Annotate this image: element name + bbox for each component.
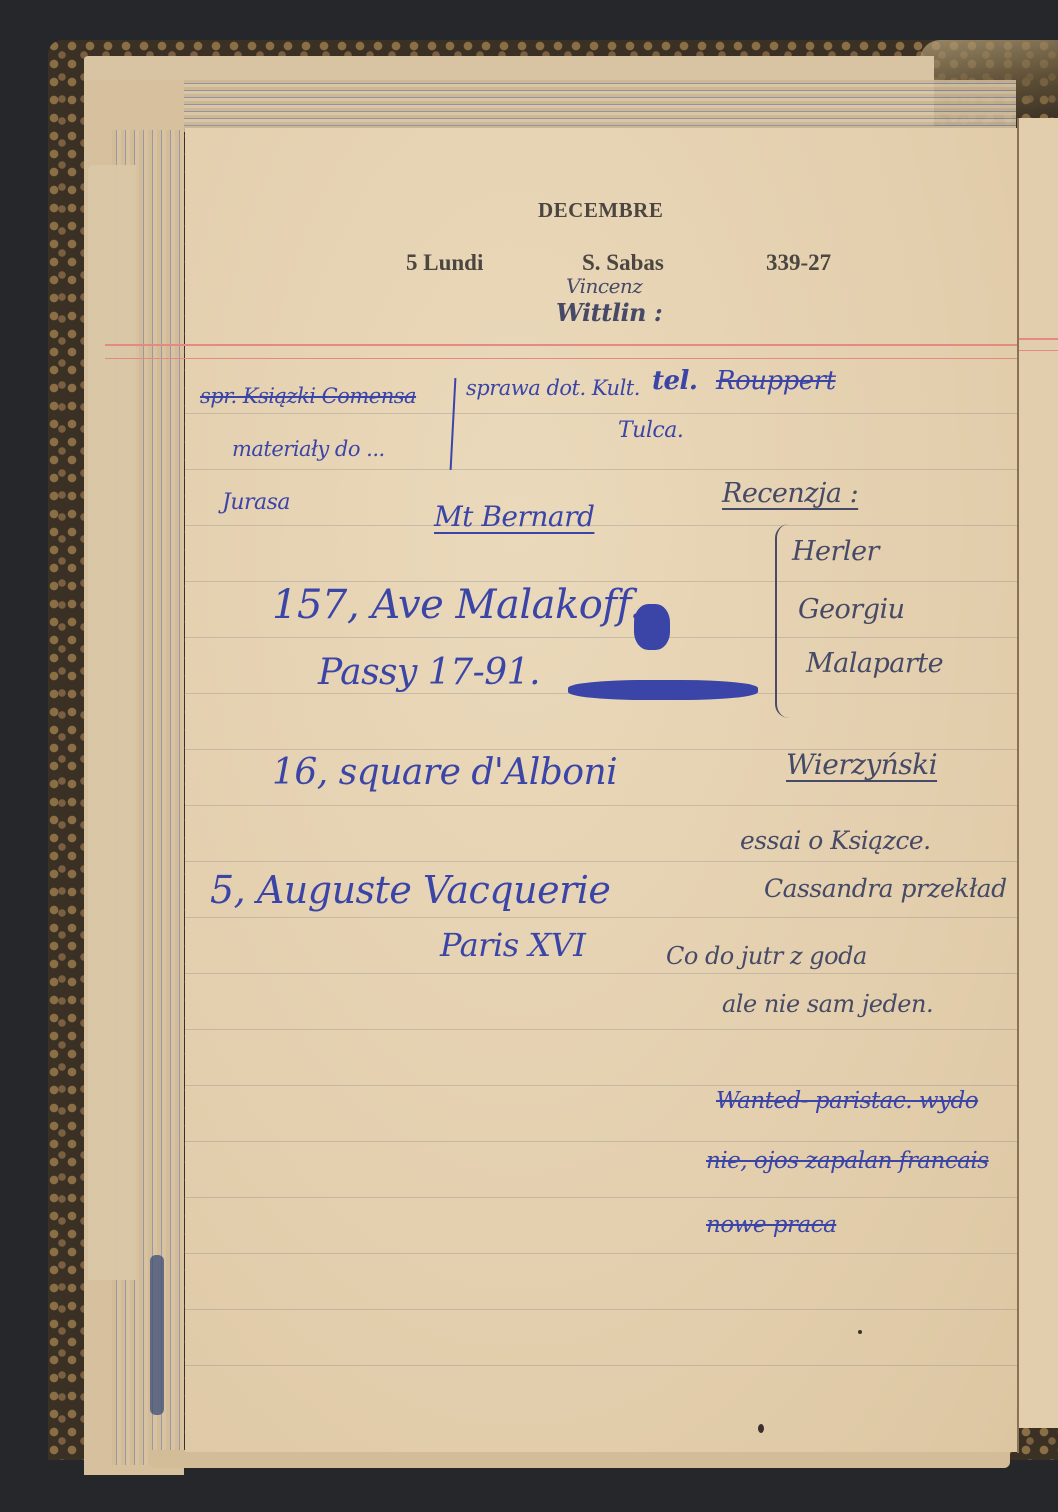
- note-middle-line4: Tulca.: [618, 418, 683, 443]
- address-heading: Mt Bernard: [434, 500, 594, 533]
- note-middle-line1: sprawa dot. Kult.: [466, 376, 640, 400]
- note-middle-struck-name: Rouppert: [716, 366, 836, 396]
- address-1: 157, Ave Malakoff.: [272, 582, 642, 628]
- note-left-line3: Jurasa: [222, 490, 290, 515]
- address-1-phone: Passy 17-91.: [318, 652, 540, 693]
- ruled-line: [185, 413, 1017, 414]
- note-wittlin: Wittlin :: [556, 298, 662, 327]
- ink-speck: [858, 1330, 862, 1334]
- ruled-line: [185, 973, 1017, 974]
- red-rule: [1019, 338, 1058, 340]
- page-gutter: [1017, 118, 1019, 1453]
- ruled-line: [185, 525, 1017, 526]
- note-vincenz: Vincenz: [566, 274, 642, 298]
- note-middle-tel: tel.: [652, 366, 697, 396]
- address-3-line2: Paris XVI: [440, 926, 585, 964]
- ruled-line: [185, 469, 1017, 470]
- recenzja-item-3: Malaparte: [806, 648, 943, 679]
- wierzynski-line-2: Cassandra przekład: [764, 874, 1007, 903]
- printed-saint: S. Sabas: [582, 250, 664, 276]
- page-stack-top-edges: [96, 80, 1016, 132]
- recenzja-item-1: Herler: [792, 536, 879, 567]
- struck-line-2: nie, ojos zapalan francais: [706, 1148, 989, 1174]
- ruled-line: [185, 805, 1017, 806]
- adjacent-page: [1019, 118, 1058, 1428]
- red-rule: [1019, 350, 1058, 351]
- red-rule-top: [105, 344, 1017, 346]
- ruled-line: [185, 1309, 1017, 1310]
- ruled-line: [185, 1141, 1017, 1142]
- ruled-line: [185, 637, 1017, 638]
- ruled-line: [185, 917, 1017, 918]
- ink-scribble: [568, 680, 758, 700]
- ink-blot: [634, 604, 670, 650]
- wierzynski-line-1: essai o Ksiązce.: [740, 826, 931, 855]
- ruled-line: [185, 1085, 1017, 1086]
- address-3-line1: 5, Auguste Vacquerie: [210, 868, 610, 912]
- recenzja-item-2: Georgiu: [798, 594, 905, 625]
- printed-day-number: 339-27: [766, 250, 831, 276]
- printed-month: DECEMBRE: [538, 198, 663, 223]
- note-line-1: Co do jutr z goda: [666, 942, 867, 970]
- struck-line-3: nowe praca: [706, 1212, 836, 1238]
- wierzynski-heading: Wierzyński: [786, 748, 937, 781]
- struck-line-1: Wanted- paristac. wydo: [716, 1088, 978, 1114]
- ruled-line: [185, 1365, 1017, 1366]
- ruled-line: [185, 861, 1017, 862]
- ruled-line: [185, 1029, 1017, 1030]
- folded-page-flap: [88, 165, 136, 1280]
- address-2: 16, square d'Alboni: [272, 752, 617, 793]
- red-rule-bottom: [105, 358, 1017, 359]
- ruled-line: [185, 1197, 1017, 1198]
- ink-speck: [758, 1424, 764, 1433]
- ruled-line: [185, 1253, 1017, 1254]
- printed-day: 5 Lundi: [406, 250, 483, 276]
- note-left-line2: materiały do ...: [232, 437, 385, 461]
- ink-stain: [150, 1255, 164, 1415]
- page-stack-bottom: [150, 1450, 1010, 1468]
- note-line-2: ale nie sam jeden.: [722, 990, 933, 1018]
- note-left-line1: spr. Ksiązki Comensa: [200, 384, 416, 408]
- recenzja-heading: Recenzja :: [722, 478, 858, 509]
